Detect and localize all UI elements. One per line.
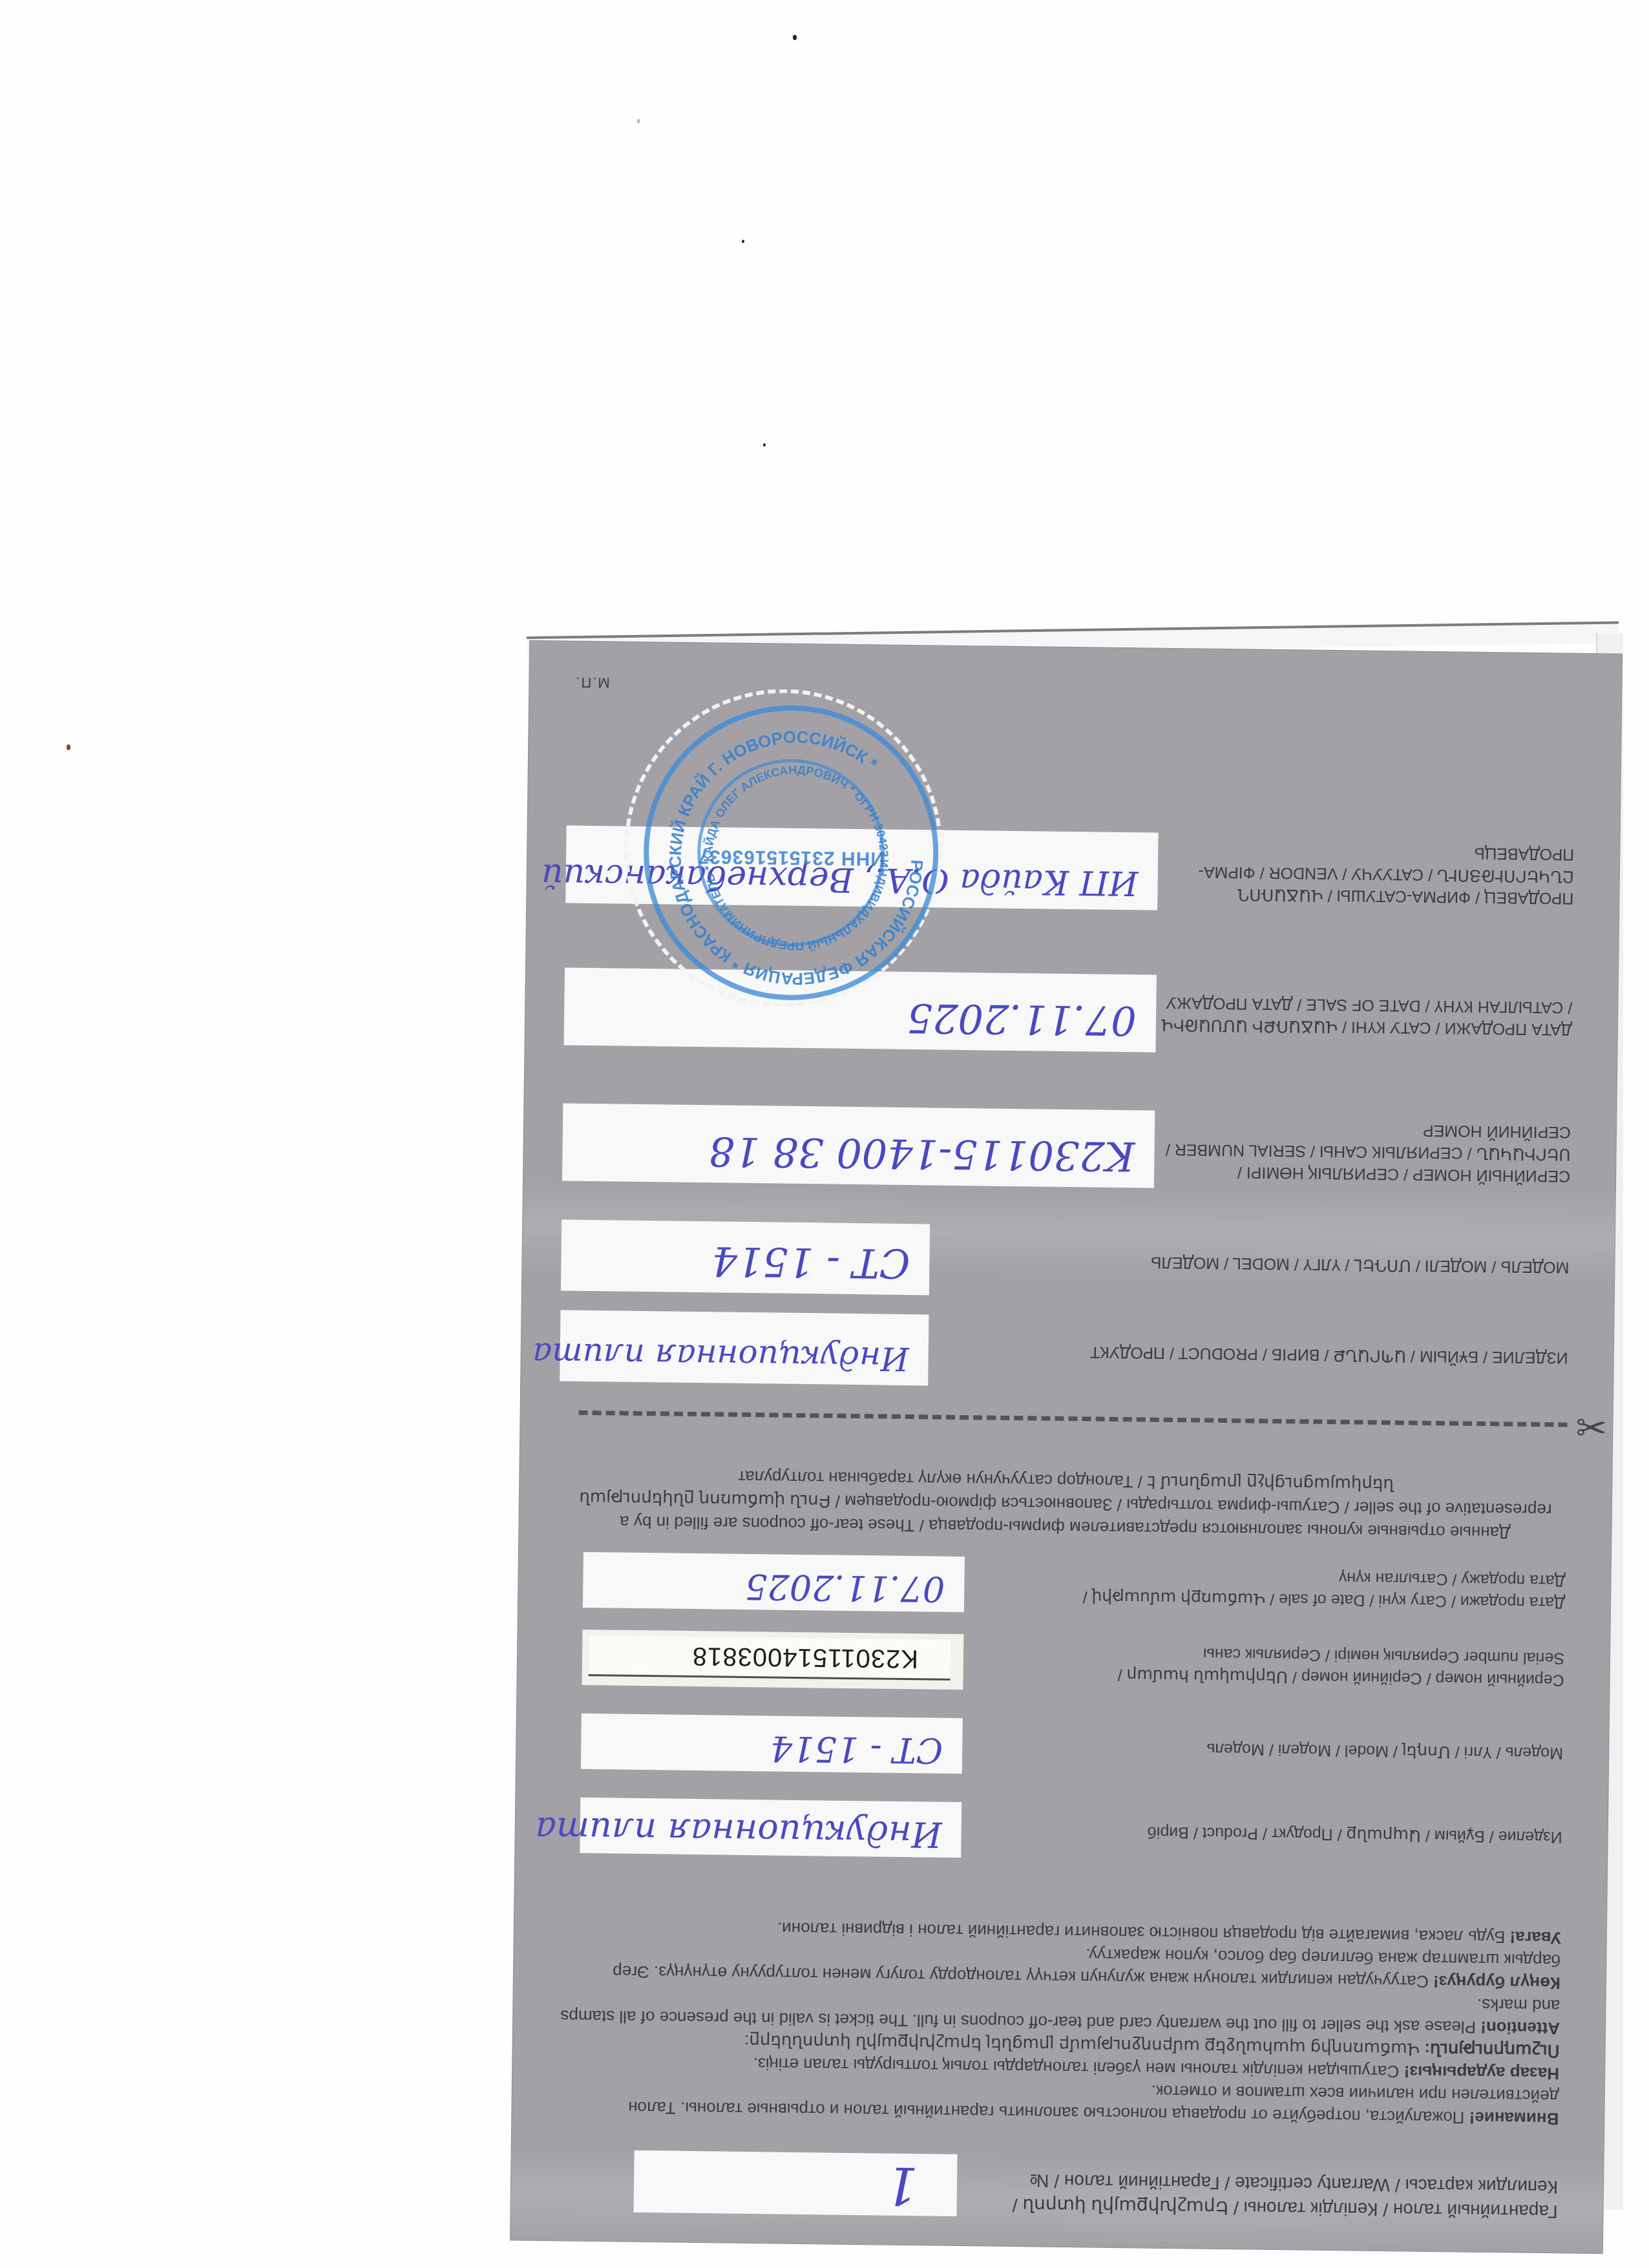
product-field[interactable]: Индукционная плита bbox=[580, 1798, 961, 1858]
coupon-product-field[interactable]: Индукционная плита bbox=[560, 1310, 929, 1385]
product-label: Изделие / Бұйым / Ապրանք / Продукт / Pro… bbox=[1071, 1820, 1562, 1848]
warranty-header: Гарантийный талон / Кепілдік талоны / Եր… bbox=[556, 2149, 1558, 2223]
scan-speck bbox=[637, 119, 640, 123]
coupon-note: Данные отрывные купоны заполняются предс… bbox=[564, 1464, 1566, 1546]
coupon-serial-label: Серийный номер / Сериялық нөмірі / Սերիա… bbox=[1154, 1117, 1571, 1188]
coupon-row-product: Изделие / Бұйым / Ապրանք / Виріб / Produ… bbox=[560, 1310, 1568, 1393]
coupon-vendor-label: Продавец / Фирма-сатушы / Վաճառող ընկերո… bbox=[1157, 839, 1575, 910]
product-handwritten: Индукционная плита bbox=[535, 1809, 942, 1855]
stamp-placeholder-label: М.П. bbox=[574, 674, 610, 691]
coupon-serial-handwritten: K230115-1400 38 18 bbox=[709, 1128, 1135, 1180]
serial-sticker: K230115140038​18 bbox=[589, 1635, 951, 1681]
warranty-card: Гарантийный талон / Кепілдік талоны / Եր… bbox=[510, 641, 1622, 2253]
coupon-date-label: Дата продажи / Сату күні / Վաճառքի ամսաթ… bbox=[1155, 992, 1572, 1041]
field-row-product: Изделие / Бұйым / Ապրանք / Продукт / Pro… bbox=[567, 1798, 1562, 1865]
model-field[interactable]: СТ - 1514 bbox=[581, 1714, 963, 1774]
serial-field[interactable]: K230115140038​18 bbox=[582, 1630, 963, 1690]
coupon-product-handwritten: Индукционная плита bbox=[532, 1336, 909, 1378]
coupon-serial-field[interactable]: K230115-1400 38 18 bbox=[562, 1103, 1155, 1188]
coupon-date-handwritten: 07.11.2025 bbox=[907, 994, 1137, 1044]
scan-speck bbox=[793, 35, 797, 40]
serial-label: Серийный номер / Серійний номер / Սերիակ… bbox=[1073, 1641, 1564, 1691]
warranty-number-handwritten: 1 bbox=[885, 2156, 919, 2216]
date-handwritten: 07.11.2025 bbox=[745, 1566, 945, 1610]
scissors-icon: ✂ bbox=[1575, 1406, 1607, 1451]
model-label: Модель / Үлгі / Մոդել / Model / Моделі /… bbox=[1072, 1736, 1563, 1764]
date-field[interactable]: 07.11.2025 bbox=[583, 1552, 965, 1612]
coupon-row-serial: Серийный номер / Сериялық нөмірі / Սերիա… bbox=[562, 1103, 1571, 1193]
coupon-model-label: Модель / Моделі / Մոդել / Үлгү / Model /… bbox=[1078, 1250, 1569, 1278]
field-row-serial: Серийный номер / Серійний номер / Սերիակ… bbox=[569, 1630, 1564, 1697]
company-seal: РОССИЙСКАЯ ФЕДЕРАЦИЯ * КРАСНОДАРСКИЙ КРА… bbox=[642, 704, 940, 1002]
coupon-row-model: Модель / Моделі / Մոդել / Үлгү / Model /… bbox=[561, 1219, 1570, 1303]
warranty-number-field[interactable]: 1 bbox=[633, 2150, 957, 2216]
notice-section: Внимание! Пожалуйста, потребуйте от прод… bbox=[557, 1914, 1561, 2130]
warranty-title: Гарантийный талон / Кепілдік талоны / Եր… bbox=[989, 2168, 1558, 2224]
coupon-product-label: Изделие / Бұйым / Ապրանք / Виріб / Produ… bbox=[1077, 1341, 1568, 1369]
tear-off-line bbox=[579, 1411, 1568, 1427]
field-row-date: Дата продажи / Сату күні / Date of sale … bbox=[570, 1552, 1566, 1620]
coupon-model-handwritten: СТ - 1514 bbox=[711, 1237, 910, 1287]
coupon-model-field[interactable]: СТ - 1514 bbox=[561, 1219, 930, 1295]
scan-speck bbox=[763, 443, 766, 446]
scan-speck bbox=[67, 744, 70, 750]
scan-speck bbox=[742, 240, 744, 243]
model-handwritten: СТ - 1514 bbox=[770, 1728, 943, 1770]
field-row-model: Модель / Үлгі / Մոդել / Model / Моделі /… bbox=[568, 1714, 1564, 1781]
seal-inn: ИНН 231515163637 bbox=[649, 845, 933, 870]
date-label: Дата продажи / Сату күні / Date of sale … bbox=[1074, 1564, 1566, 1613]
